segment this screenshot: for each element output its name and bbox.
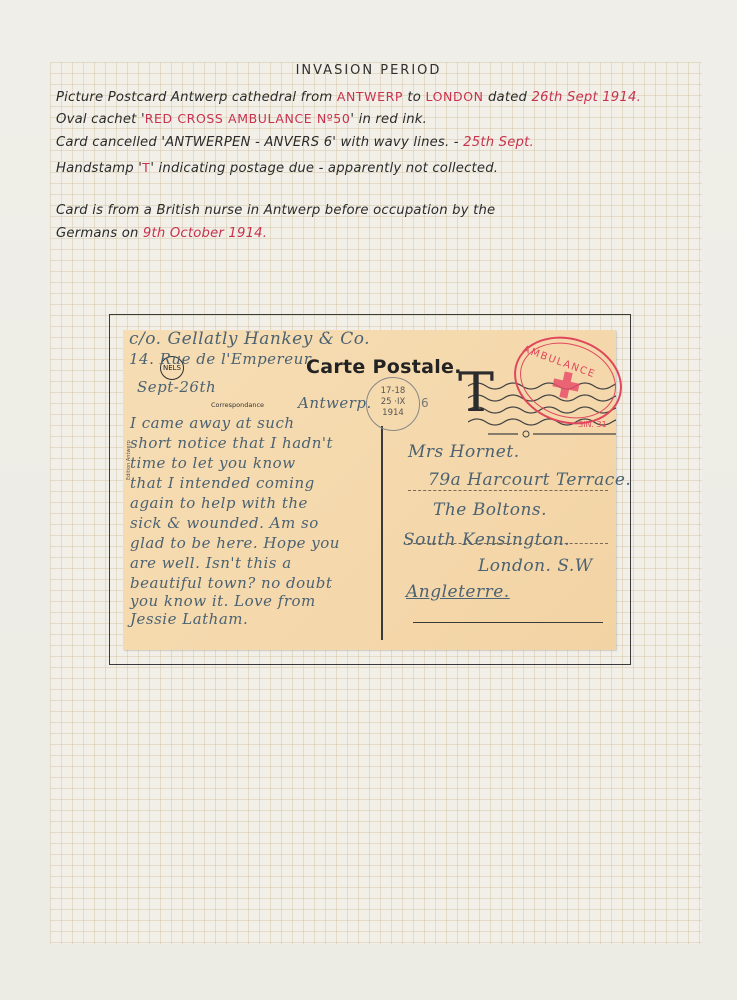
black-ink-text: Card is from a British nurse in Antwerp … xyxy=(56,203,495,218)
page-title: INVASION PERIOD xyxy=(0,63,737,78)
address-line: Mrs Hornet. xyxy=(408,442,520,462)
black-ink-text: Handstamp ' xyxy=(56,161,142,176)
message-line: 14. Rue de l'Empereur xyxy=(129,350,311,368)
red-ink-text: ANTWERP xyxy=(337,89,403,104)
red-ink-text: LONDON xyxy=(425,89,483,104)
postmark-time: 17-18 xyxy=(367,386,419,397)
message-line: time to let you know xyxy=(130,454,296,472)
black-ink-text: dated xyxy=(484,90,532,105)
black-ink-text: to xyxy=(403,90,425,105)
note-line: Picture Postcard Antwerp cathedral from … xyxy=(56,89,641,105)
red-ink-text: 9th October 1914. xyxy=(143,226,267,241)
message-line: you know it. Love from xyxy=(130,592,316,610)
postmark-year: 1914 xyxy=(367,408,419,419)
message-line: Sept-26th xyxy=(137,378,216,396)
black-ink-text: Oval cachet ' xyxy=(56,112,145,127)
message-line: that I intended coming xyxy=(130,474,315,492)
note-line: Germans on 9th October 1914. xyxy=(56,226,267,241)
address-line: London. S.W xyxy=(478,556,593,576)
black-ink-text: Germans on xyxy=(56,226,143,241)
red-ink-text: 25th Sept. xyxy=(463,135,534,150)
message-line: again to help with the xyxy=(130,494,308,512)
postmark-date: 25 ·IX xyxy=(367,397,419,408)
address-dotted-line xyxy=(408,490,608,491)
address-line: Angleterre. xyxy=(406,582,510,602)
address-line: South Kensington. xyxy=(403,530,570,550)
red-ink-text: RED CROSS AMBULANCE Nº50 xyxy=(145,111,351,126)
note-line: Oval cachet 'RED CROSS AMBULANCE Nº50' i… xyxy=(56,111,427,127)
cachet-bottom-text: SIN. 31 xyxy=(578,420,607,429)
black-ink-text: ' indicating postage due - apparently no… xyxy=(150,161,498,176)
address-line: The Boltons. xyxy=(433,500,547,520)
black-ink-text: Card cancelled 'ANTWERPEN - ANVERS 6' wi… xyxy=(56,135,463,150)
message-line: sick & wounded. Am so xyxy=(130,514,319,532)
message-line: are well. Isn't this a xyxy=(130,554,292,572)
message-line: glad to be here. Hope you xyxy=(130,534,340,552)
message-line: c/o. Gellatly Hankey & Co. xyxy=(129,329,370,349)
postage-due-t-handstamp: T xyxy=(458,366,494,420)
address-underline xyxy=(413,622,603,623)
black-ink-text: ' in red ink. xyxy=(350,112,427,127)
note-line: Card cancelled 'ANTWERPEN - ANVERS 6' wi… xyxy=(56,135,534,150)
note-line: Handstamp 'T' indicating postage due - a… xyxy=(56,160,498,176)
postmark-office-number: 6 xyxy=(421,396,429,410)
red-cross-icon xyxy=(551,370,581,400)
note-line: Card is from a British nurse in Antwerp … xyxy=(56,203,495,218)
message-line: Antwerp. xyxy=(298,394,372,412)
message-line: I came away at such xyxy=(130,414,295,432)
correspondance-label: Correspondance xyxy=(211,401,264,409)
carte-postale-heading: Carte Postale. xyxy=(306,356,462,378)
red-ink-text: 26th Sept 1914. xyxy=(532,90,641,105)
card-divider-line xyxy=(381,426,383,640)
message-line: Jessie Latham. xyxy=(130,610,248,628)
address-line: 79a Harcourt Terrace. xyxy=(428,470,631,490)
message-line: beautiful town? no doubt xyxy=(130,574,332,592)
postcard: NELS Carte Postale. Correspondance Editi… xyxy=(123,330,616,650)
message-line: short notice that I hadn't xyxy=(130,434,333,452)
postmark-cancel: 17-18 25 ·IX 1914 xyxy=(366,377,420,431)
black-ink-text: Picture Postcard Antwerp cathedral from xyxy=(56,90,337,105)
